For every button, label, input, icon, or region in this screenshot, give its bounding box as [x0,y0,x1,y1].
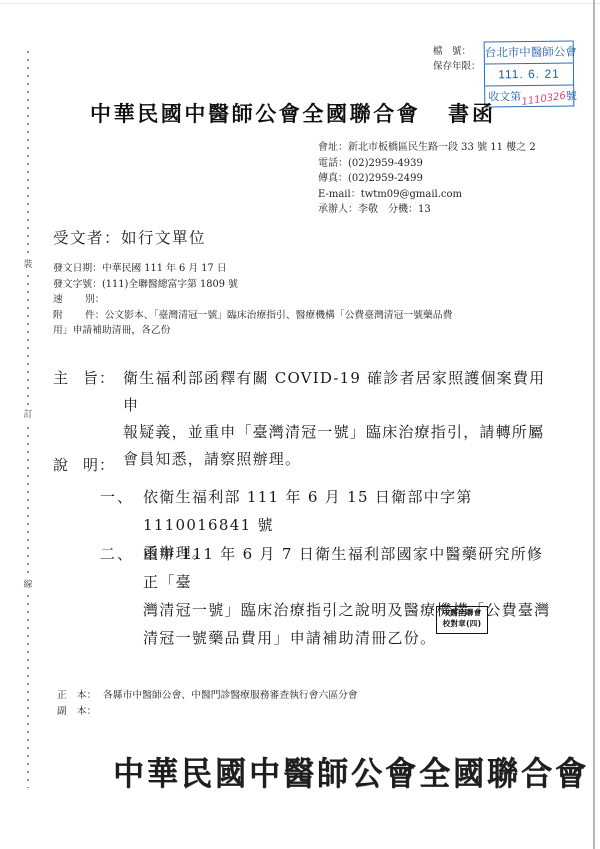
item-line: 重申 111 年 6 月 7 日衛生福利部國家中醫藥研究所修正「臺 [143,540,555,596]
item-number: 一、 [100,483,134,511]
copy-label-a: 副 [57,706,67,717]
retention-row: 保存年限： [433,59,481,74]
explanation-label: 說明： [53,454,115,475]
org-title: 中華民國中醫師公會全國聯合會 [90,98,420,128]
file-number-row: 檔 號： [433,44,481,59]
dispatch-number-label: 發文字號： [53,277,102,293]
dispatch-number-row: 發文字號： (111)全聯醫總富字第 1809 號 [53,277,553,293]
item-line: 清冠一號藥品費用」申請補助清冊乙份。 [143,624,555,652]
proof-stamp-line1: 中醫全聯會 [439,608,485,619]
carbon-copy-row: 副本： [57,704,358,720]
speed-value [105,292,553,308]
item-line: 灣清冠一號」臨床治療指引之說明及醫療機構「公費臺灣 [143,596,555,624]
dispatch-number-value: (111)全聯醫總富字第 1809 號 [102,277,553,293]
archive-meta: 檔 號： 保存年限： [433,44,481,74]
subject-line: 報疑義，並重申「臺灣清冠一號」臨床治療指引，請轉所屬 [123,419,553,446]
dispatch-date-value: 中華民國 111 年 6 月 17 日 [102,261,553,277]
original-copy-value: 各縣市中醫師公會、中醫門診醫療服務審查執行會六區分會 [103,688,358,704]
copy-label-b: 本： [77,706,97,717]
stamp-received-row: 收文第 1110326 號 [485,86,573,108]
subject-label-b: 旨： [83,369,115,387]
binding-char-zhuang: 裝 [22,258,34,272]
speed-label-b: 別： [85,292,105,308]
item-number: 二、 [100,540,134,568]
attachment-row: 附 件： 公文影本、「臺灣清冠一號」臨床治療指引、醫療機構「公費臺灣清冠一號藥品… [53,308,553,324]
page-right-edge [593,0,595,849]
attachment-label-a: 附 [53,308,85,324]
subject-body: 衛生福利部函釋有關 COVID-19 確診者居家照護個案費用申 報疑義，並重申「… [123,365,553,473]
original-copy-row: 正本： 各縣市中醫師公會、中醫門診醫療服務審查執行會六區分會 [57,688,358,704]
subject-line: 會員知悉，請察照辦理。 [123,446,553,473]
contact-address: 會址：新北市板橋區民生路一段 33 號 11 樓之 2 [318,140,536,156]
contact-phone: 電話：(02)2959-4939 [318,156,536,172]
speed-row: 速 別： [53,292,553,308]
attachment-cont-row: 用」申請補助清冊，各乙份 [53,323,553,339]
retention-label: 保存年限： [433,59,481,74]
explanation-label-a: 說 [53,456,69,474]
proofreading-stamp: 中醫全聯會 校對章(四) [436,606,488,634]
contact-block: 會址：新北市板橋區民生路一段 33 號 11 樓之 2 電話：(02)2959-… [318,140,536,218]
original-copy-label: 正本： [57,688,103,704]
attachment-label-b: 件： [85,308,105,324]
original-label-b: 本： [77,690,97,701]
proof-stamp-line2: 校對章(四) [439,619,485,630]
binding-char-ding: 訂 [22,408,34,422]
explanation-item-2: 二、 重申 111 年 6 月 7 日衛生福利部國家中醫藥研究所修正「臺 灣清冠… [100,540,555,652]
item-line: 依衛生福利部 111 年 6 月 15 日衛部中字第 1110016841 號 [143,483,555,539]
file-number-label: 檔 號： [433,44,471,59]
distribution: 正本： 各縣市中醫師公會、中醫門診醫療服務審查執行會六區分會 副本： [57,688,358,719]
stamp-org: 台北市中醫師公會 [485,42,573,65]
stamp-date: 111. 6. 21 [485,64,573,87]
received-stamp: 台北市中醫師公會 111. 6. 21 收文第 1110326 號 [484,41,575,108]
doc-type: 書函 [448,98,496,128]
subject-label-a: 主 [53,369,69,387]
binding-char-xian: 線 [22,578,34,592]
page-top-edge [0,3,600,4]
attachment-value-line1: 公文影本、「臺灣清冠一號」臨床治療指引、醫療機構「公費臺灣清冠一號藥品費 [105,308,553,324]
subject-label: 主旨： [53,365,115,392]
original-label-a: 正 [57,690,67,701]
contact-email: E-mail：twtm09@gmail.com [318,187,536,203]
item-text: 重申 111 年 6 月 7 日衛生福利部國家中醫藥研究所修正「臺 灣清冠一號」… [143,540,555,652]
contact-handler: 承辦人：李敬 分機：13 [318,202,536,218]
dispatch-meta: 發文日期： 中華民國 111 年 6 月 17 日 發文字號： (111)全聯醫… [53,261,553,339]
speed-label-a: 速 [53,292,85,308]
stamp-received-suffix: 號 [566,86,577,107]
dispatch-date-label: 發文日期： [53,261,102,277]
attachment-value-line2: 用」申請補助清冊，各乙份 [53,323,553,339]
subject-section: 主旨： 衛生福利部函釋有關 COVID-19 確診者居家照護個案費用申 報疑義，… [53,365,553,473]
contact-fax: 傳真：(02)2959-2499 [318,171,536,187]
binding-line: 裝 訂 線 [22,48,34,788]
explanation-label-b: 明： [83,456,115,474]
organization-seal: 中華民國中醫師公會全國聯合會 [113,747,589,794]
subject-line: 衛生福利部函釋有關 COVID-19 確診者居家照護個案費用申 [123,365,553,419]
stamp-received-number: 1110326 [520,86,567,110]
recipient: 受文者：如行文單位 [53,226,206,248]
carbon-copy-label: 副本： [57,704,103,720]
dispatch-date-row: 發文日期： 中華民國 111 年 6 月 17 日 [53,261,553,277]
